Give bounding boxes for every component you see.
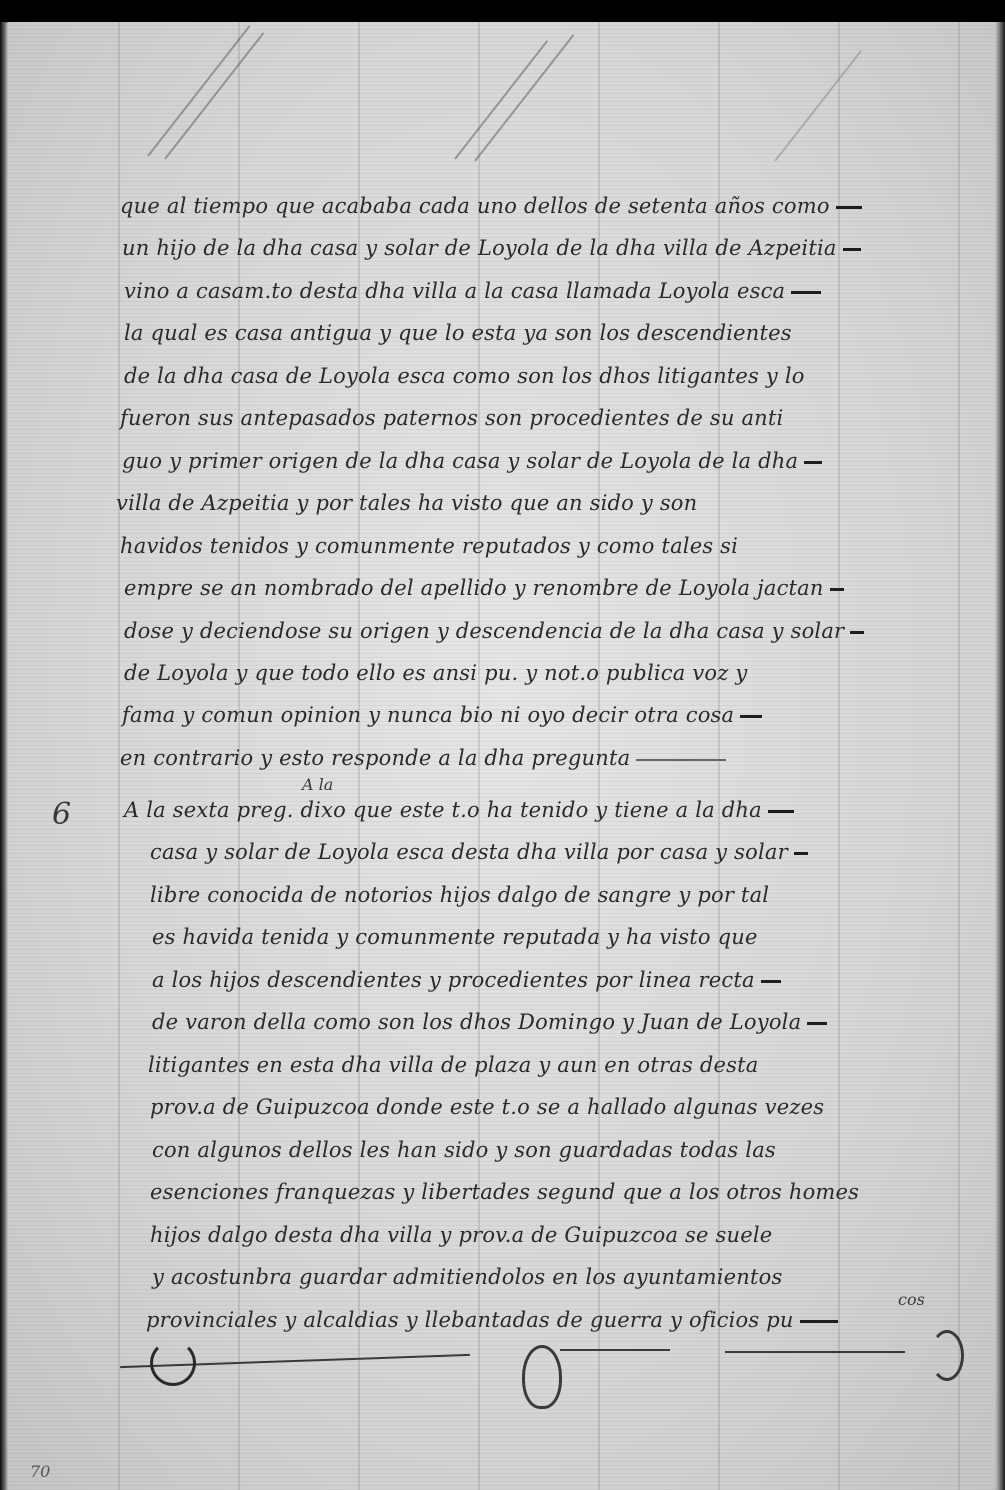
text-line: un hijo de la dha casa y solar de Loyola… [122,238,861,259]
text-line: de la dha casa de Loyola esca como son l… [124,366,805,387]
text-line: fama y comun opinion y nunca bio ni oyo … [122,705,762,726]
text-line: villa de Azpeitia y por tales ha visto q… [116,493,697,514]
text-line: con algunos dellos les han sido y son gu… [152,1140,776,1161]
margin-note: 6 [52,797,71,832]
text-line: dose y deciendose su origen y descendenc… [124,621,864,642]
text-line: provinciales y alcaldias y llebantadas d… [146,1310,838,1331]
closing-flourish [930,1330,964,1381]
interlinear-insertion: A la [302,775,333,794]
text-line: la qual es casa antigua y que lo esta ya… [124,323,792,344]
text-line: que al tiempo que acababa cada uno dello… [120,196,862,217]
text-line: fueron sus antepasados paternos son proc… [120,408,783,429]
text-line: esenciones franquezas y libertades segun… [150,1182,859,1203]
scribe-rubric-flourish [522,1345,562,1409]
text-line: es havida tenida y comunmente reputada y… [152,927,758,948]
text-line: y acostunbra guardar admitiendolos en lo… [152,1267,782,1288]
text-line: a los hijos descendientes y procedientes… [152,970,781,991]
text-line: de Loyola y que todo ello es ansi pu. y … [124,663,747,684]
closing-flourish [150,1340,196,1386]
text-line: A la sexta preg. dixo que este t.o ha te… [124,800,794,821]
text-line: vino a casam.to desta dha villa a la cas… [124,281,821,302]
text-line: prov.a de Guipuzcoa donde este t.o se a … [150,1097,824,1118]
text-line: casa y solar de Loyola esca desta dha vi… [150,842,808,863]
text-line: hijos dalgo desta dha villa y prov.a de … [150,1225,772,1246]
closing-rule [560,1349,670,1351]
closing-rule [725,1351,905,1353]
folio-number: 70 [30,1462,50,1481]
text-line: guo y primer origen de la dha casa y sol… [122,451,822,472]
text-line: de varon della como son los dhos Domingo… [152,1012,827,1033]
text-line: en contrario y esto responde a la dha pr… [120,748,726,769]
text-line: libre conocida de notorios hijos dalgo d… [150,885,769,906]
page-left-edge [0,22,8,1490]
text-line: empre se an nombrado del apellido y reno… [124,578,844,599]
page-right-edge [995,22,1005,1490]
text-line: litigantes en esta dha villa de plaza y … [148,1055,758,1076]
interlinear-insertion: cos [898,1290,925,1309]
text-line: havidos tenidos y comunmente reputados y… [120,536,738,557]
